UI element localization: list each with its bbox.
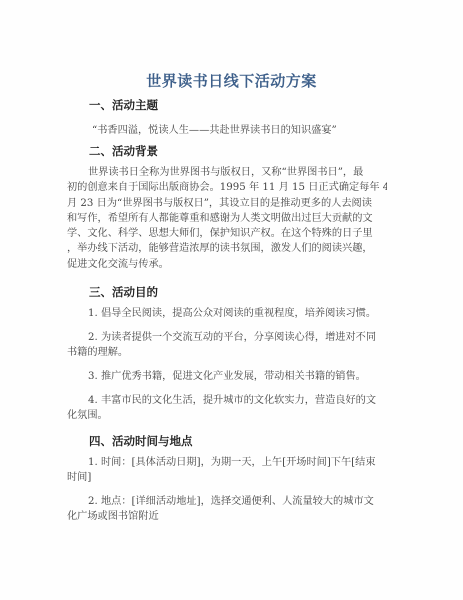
paragraph-line: 促进文化交流与传承。 — [67, 257, 387, 272]
paragraph-line: ，举办线下活动，能够营造浓厚的读书氛围，激发人们的阅读兴趣， — [67, 241, 387, 256]
paragraph-line: 月 23 日为“世界图书与版权日”，其设立目的是推动更多的人去阅读 — [67, 196, 387, 211]
purpose-item-3: 3. 推广优秀书籍，促进文化产业发展，带动相关书籍的销售。 — [67, 369, 387, 384]
time-item: 1. 时间：[具体活动日期]，为期一天，上午[开场时间]下午[结束 时间] — [67, 455, 387, 486]
item-line: 4. 丰富市民的文化生活，提升城市的文化软实力，营造良好的文 — [67, 393, 387, 408]
paragraph-line: 学、文化、科学、思想大师们，保护知识产权。在这个特殊的日子里 — [67, 226, 387, 241]
item-line: 3. 推广优秀书籍，促进文化产业发展，带动相关书籍的销售。 — [67, 369, 387, 384]
theme-quote: “书香四溢，悦读人生——共赴世界读书日的知识盛宴” — [92, 121, 337, 136]
section-heading-background: 二、活动背景 — [89, 143, 158, 159]
item-line: 书籍的理解。 — [67, 345, 387, 360]
paragraph-line: 世界读书日全称为世界图书与版权日，又称“世界图书日”，最 — [67, 165, 387, 180]
background-paragraph: 世界读书日全称为世界图书与版权日，又称“世界图书日”，最 初的创意来自于国际出版… — [67, 165, 387, 272]
document-title: 世界读书日线下活动方案 — [0, 70, 463, 91]
purpose-item-1: 1. 倡导全民阅读，提高公众对阅读的重视程度，培养阅读习惯。 — [67, 306, 387, 321]
item-line: 1. 倡导全民阅读，提高公众对阅读的重视程度，培养阅读习惯。 — [67, 306, 387, 321]
document-page: 世界读书日线下活动方案 一、活动主题 “书香四溢，悦读人生——共赴世界读书日的知… — [0, 0, 463, 600]
purpose-item-2: 2. 为读者提供一个交流互动的平台，分享阅读心得，增进对不同 书籍的理解。 — [67, 330, 387, 361]
paragraph-line: 和写作，希望所有人都能尊重和感谢为人类文明做出过巨大贡献的文 — [67, 211, 387, 226]
item-line: 2. 为读者提供一个交流互动的平台，分享阅读心得，增进对不同 — [67, 330, 387, 345]
purpose-item-4: 4. 丰富市民的文化生活，提升城市的文化软实力，营造良好的文 化氛围。 — [67, 393, 387, 424]
paragraph-line: 初的创意来自于国际出版商协会。1995 年 11 月 15 日正式确定每年 4 — [67, 180, 387, 195]
item-line: 时间] — [67, 470, 387, 485]
item-line: 1. 时间：[具体活动日期]，为期一天，上午[开场时间]下午[结束 — [67, 455, 387, 470]
section-heading-purpose: 三、活动目的 — [89, 284, 158, 300]
place-item: 2. 地点：[详细活动地址]，选择交通便利、人流量较大的城市文 化广场或图书馆附… — [67, 494, 387, 525]
item-line: 化广场或图书馆附近 — [67, 509, 387, 524]
item-line: 2. 地点：[详细活动地址]，选择交通便利、人流量较大的城市文 — [67, 494, 387, 509]
section-heading-time-place: 四、活动时间与地点 — [89, 433, 193, 449]
item-line: 化氛围。 — [67, 408, 387, 423]
section-heading-theme: 一、活动主题 — [89, 97, 158, 113]
